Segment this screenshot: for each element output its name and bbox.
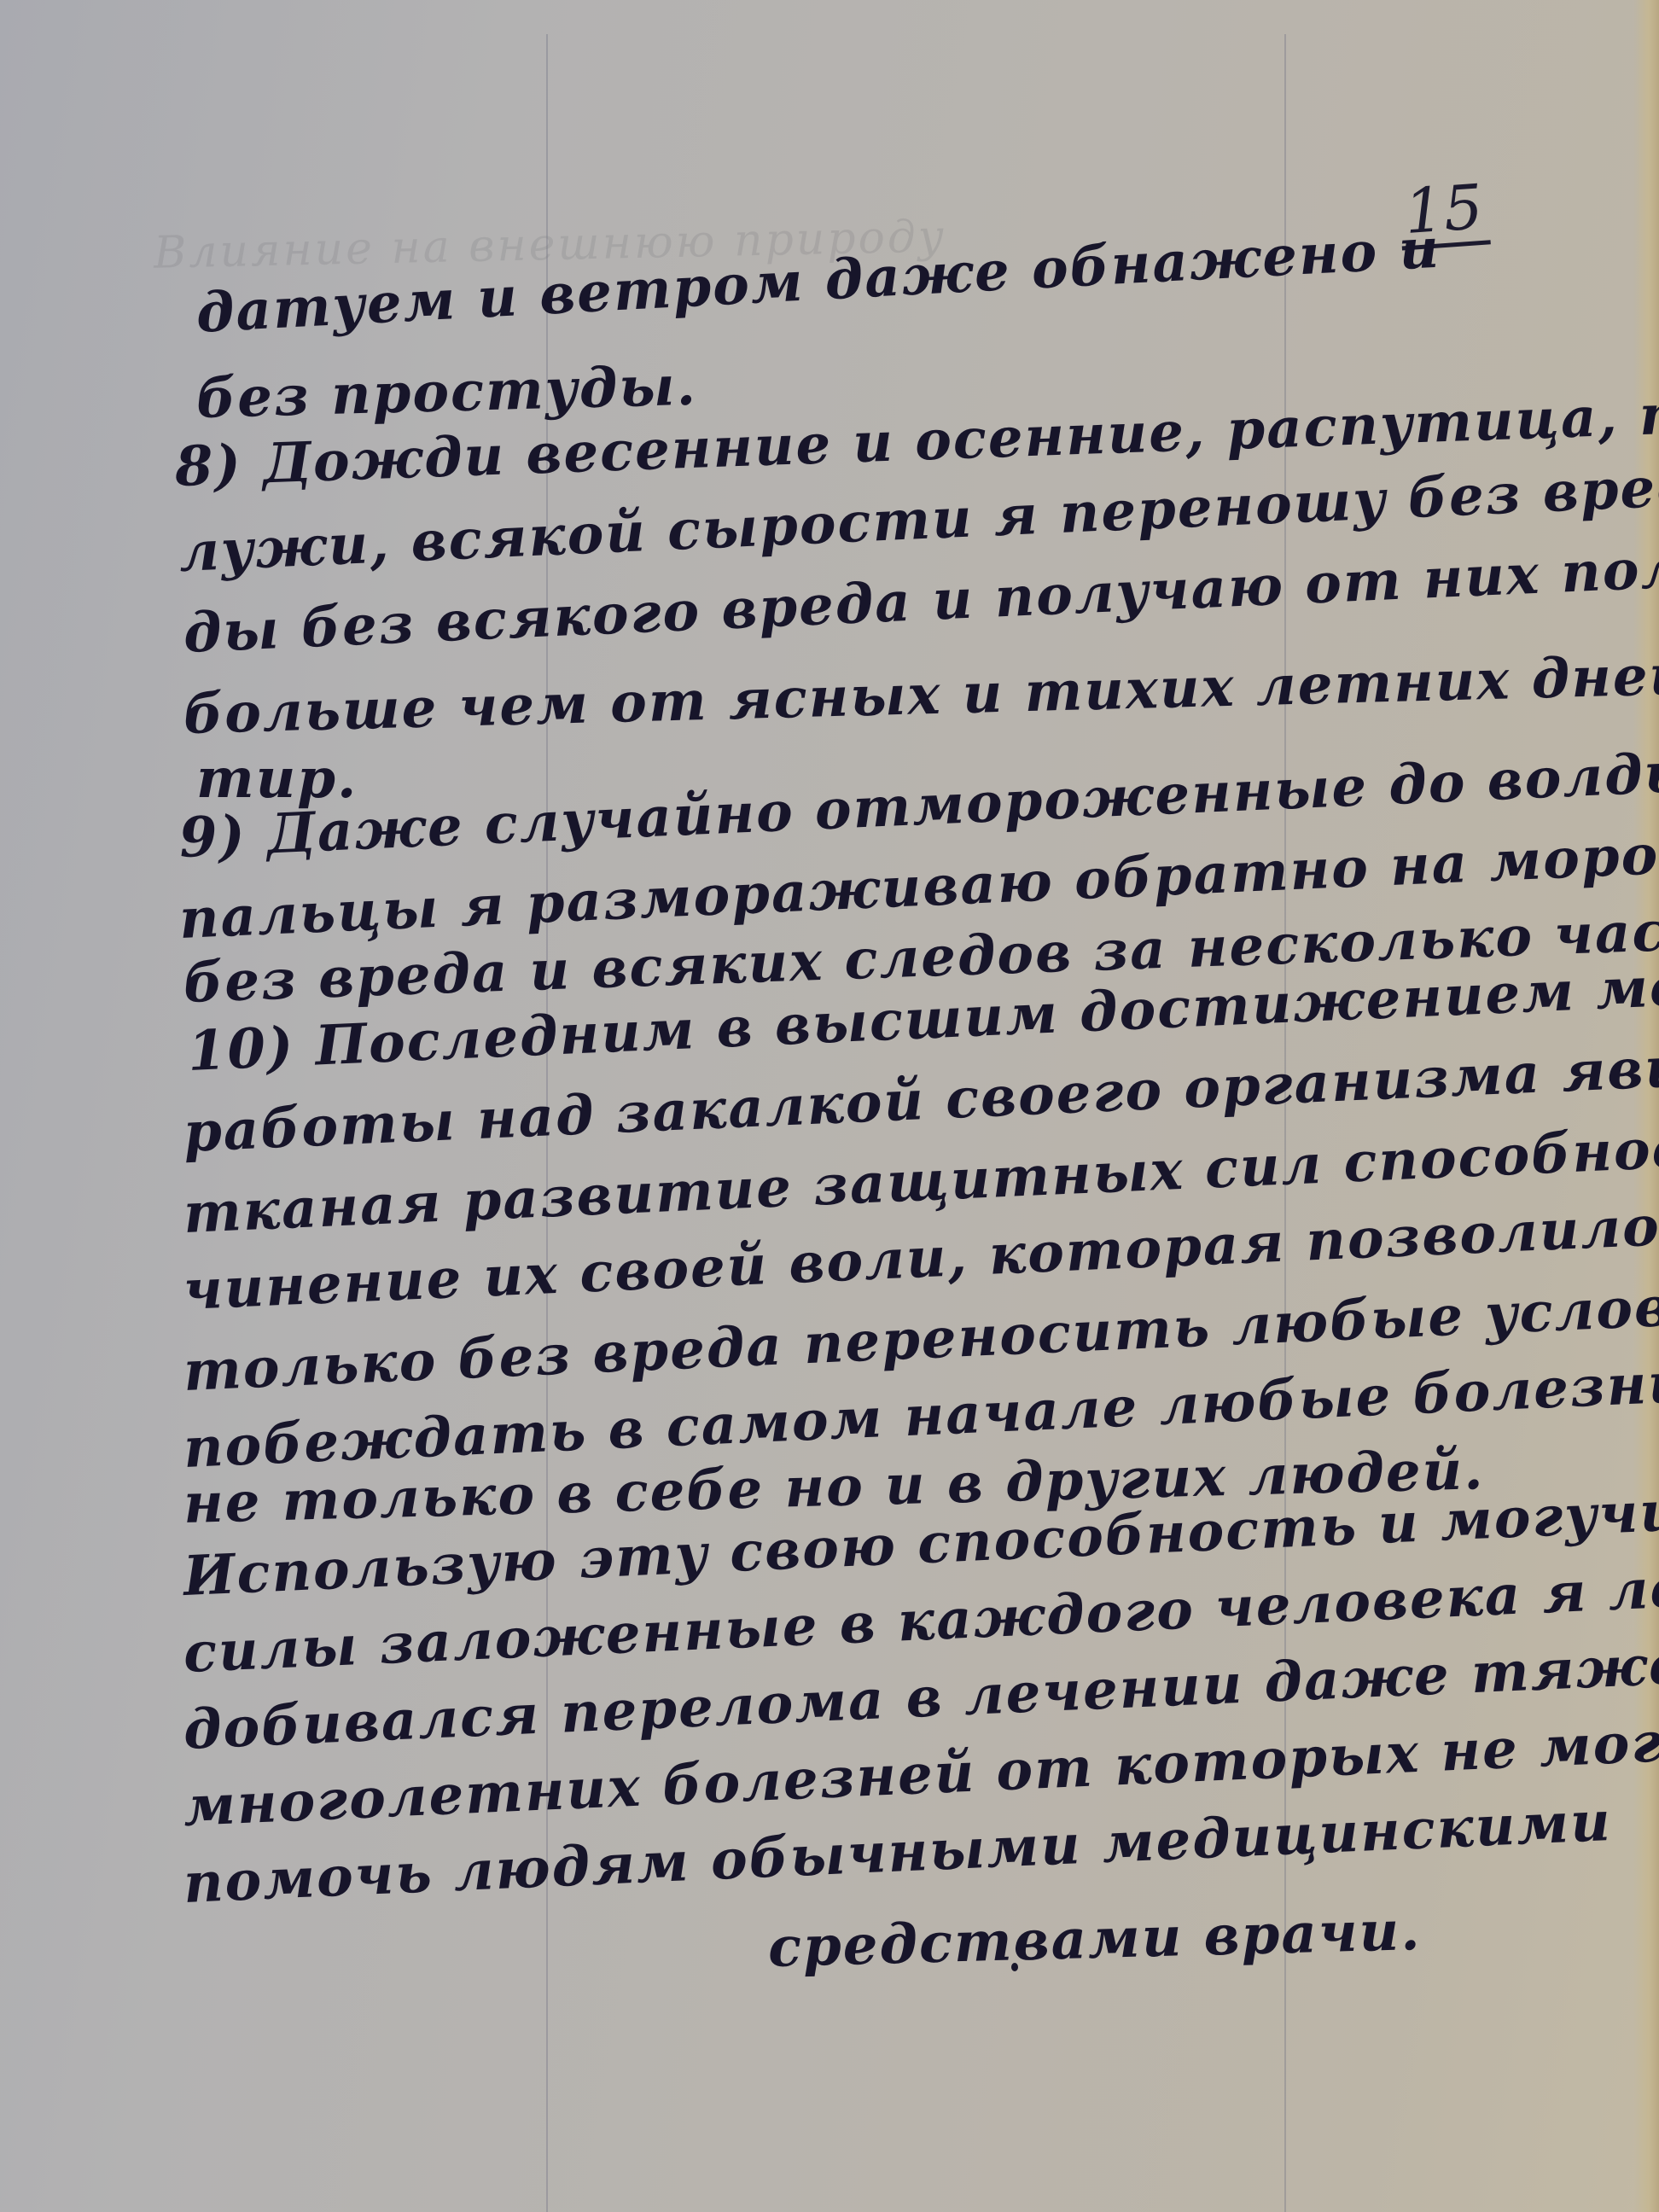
- manuscript-page: Влияние на внешнюю природу 15 датуем и в…: [0, 0, 1659, 2212]
- page-edge: [1633, 0, 1659, 2212]
- ink-dot: [1011, 1963, 1018, 1971]
- ruled-margin-line: [1284, 34, 1286, 2212]
- text-line: средствами врачи.: [767, 1899, 1422, 1980]
